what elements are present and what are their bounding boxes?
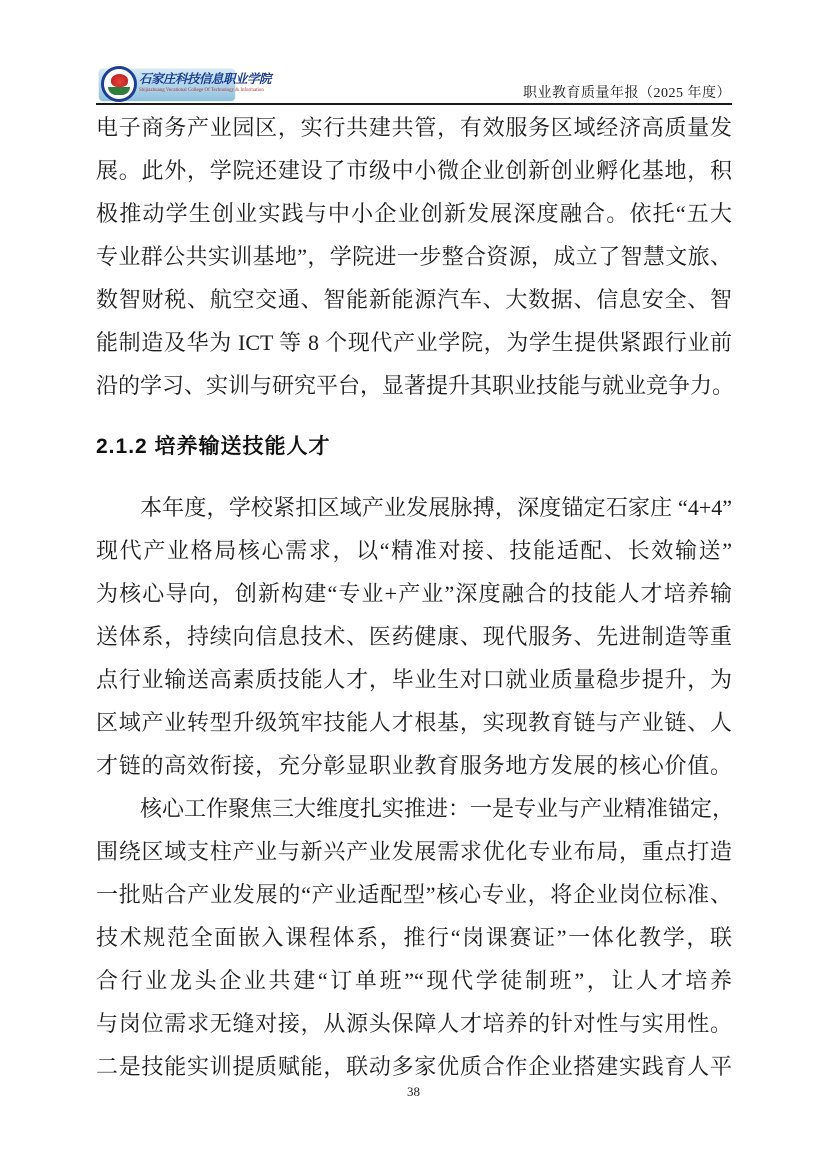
college-logo: 石家庄科技信息职业学院 Shijiazhuang Vocational Coll… bbox=[99, 69, 235, 101]
paragraph-3: 核心工作聚焦三大维度扎实推进：一是专业与产业精准锚定， 围绕区域支柱产业与新兴产… bbox=[96, 787, 732, 1088]
body-line: 才链的高效衔接，充分彰显职业教育服务地方发展的核心价值。 bbox=[96, 744, 732, 787]
paragraph-1: 电子商务产业园区，实行共建共管，有效服务区域经济高质量发 展。此外，学院还建设了… bbox=[96, 106, 732, 407]
report-title: 职业教育质量年报（2025 年度） bbox=[523, 82, 731, 102]
body-line: 合行业龙头企业共建“订单班”“现代学徒制班”，让人才培养 bbox=[96, 959, 732, 1002]
body-line: 展。此外，学院还建设了市级中小微企业创新创业孵化基地，积 bbox=[96, 149, 732, 192]
body-line: 围绕区域支柱产业与新兴产业发展需求优化专业布局，重点打造 bbox=[96, 830, 732, 873]
body-line: 沿的学习、实训与研究平台，显著提升其职业技能与就业竞争力。 bbox=[96, 364, 732, 407]
body-line: 二是技能实训提质赋能，联动多家优质合作企业搭建实践育人平 bbox=[96, 1045, 732, 1088]
section-heading-2-1-2: 2.1.2 培养输送技能人才 bbox=[96, 432, 732, 462]
body-line: 送体系，持续向信息技术、医药健康、现代服务、先进制造等重 bbox=[96, 615, 732, 658]
body-line: 能制造及华为 ICT 等 8 个现代产业学院，为学生提供紧跟行业前 bbox=[96, 321, 732, 364]
header-rule bbox=[96, 103, 732, 105]
document-page: 石家庄科技信息职业学院 Shijiazhuang Vocational Coll… bbox=[0, 0, 827, 1169]
body-line: 极推动学生创业实践与中小企业创新发展深度融合。依托“五大 bbox=[96, 192, 732, 235]
body-line: 区域产业转型升级筑牢技能人才根基，实现教育链与产业链、人 bbox=[96, 701, 732, 744]
body-line: 电子商务产业园区，实行共建共管，有效服务区域经济高质量发 bbox=[96, 106, 732, 149]
body-line: 点行业输送高素质技能人才，毕业生对口就业质量稳步提升，为 bbox=[96, 658, 732, 701]
body-line: 专业群公共实训基地”，学院进一步整合资源，成立了智慧文旅、 bbox=[96, 235, 732, 278]
body-line: 数智财税、航空交通、智能新能源汽车、大数据、信息安全、智 bbox=[96, 278, 732, 321]
body-line: 技术规范全面嵌入课程体系，推行“岗课赛证”一体化教学，联 bbox=[96, 916, 732, 959]
body-line: 核心工作聚焦三大维度扎实推进：一是专业与产业精准锚定， bbox=[96, 787, 732, 830]
body-line: 为核心导向，创新构建“专业+产业”深度融合的技能人才培养输 bbox=[96, 572, 732, 615]
page-number: 38 bbox=[0, 1084, 827, 1100]
emblem-sun-shape bbox=[111, 74, 128, 87]
body-line: 本年度，学校紧扣区域产业发展脉搏，深度锚定石家庄 “4+4” bbox=[96, 486, 732, 529]
body-line: 与岗位需求无缝对接，从源头保障人才培养的针对性与实用性。 bbox=[96, 1002, 732, 1045]
college-name-zh: 石家庄科技信息职业学院 bbox=[139, 72, 233, 87]
college-logo-text: 石家庄科技信息职业学院 Shijiazhuang Vocational Coll… bbox=[139, 72, 233, 95]
college-emblem-icon bbox=[101, 66, 137, 102]
body-line: 现代产业格局核心需求，以“精准对接、技能适配、长效输送” bbox=[96, 529, 732, 572]
body-line: 一批贴合产业发展的“产业适配型”核心专业，将企业岗位标准、 bbox=[96, 873, 732, 916]
paragraph-2: 本年度，学校紧扣区域产业发展脉搏，深度锚定石家庄 “4+4” 现代产业格局核心需… bbox=[96, 486, 732, 787]
college-name-en: Shijiazhuang Vocational College Of Techn… bbox=[139, 87, 216, 94]
emblem-hill-shape bbox=[108, 87, 130, 95]
